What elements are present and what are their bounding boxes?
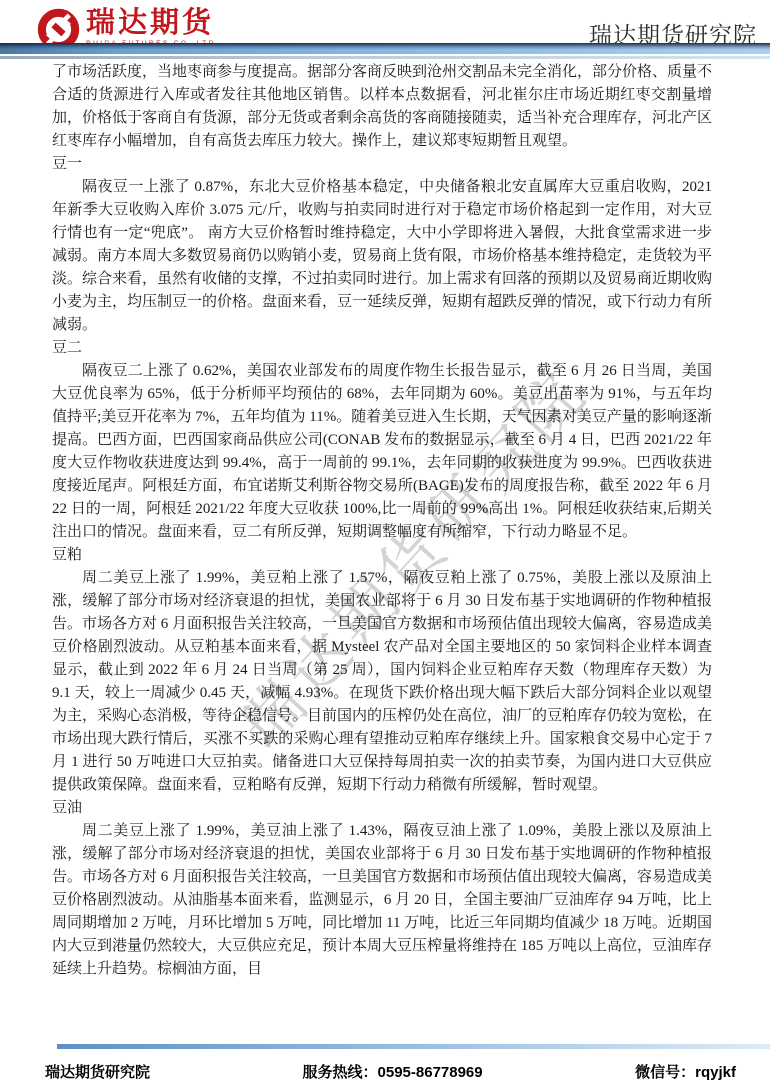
report-page: 瑞达期货 RUIDA FUTURES CO.,LTD. 瑞达期货研究院 瑞达期货… xyxy=(0,0,770,1089)
footer-divider-bar xyxy=(57,1044,770,1049)
footer-hotline-label: 服务热线： xyxy=(303,1064,378,1081)
section-paragraph-doupo: 周二美豆上涨了 1.99%，美豆粕上涨了 1.57%，隔夜豆粕上涨了 0.75%… xyxy=(52,567,712,797)
header-bar-sub-stripe xyxy=(0,56,770,59)
report-body: 了市场活跃度，当地枣商参与度提高。据部分客商反映到沧州交割品未完全消化，部分价格… xyxy=(52,61,712,981)
logo-text-block: 瑞达期货 RUIDA FUTURES CO.,LTD. xyxy=(86,7,220,47)
section-paragraph-douyou: 周二美豆上涨了 1.99%，美豆油上涨了 1.43%，隔夜豆油上涨了 1.09%… xyxy=(52,820,712,981)
section-title-doupo: 豆粕 xyxy=(52,544,712,567)
page-header: 瑞达期货 RUIDA FUTURES CO.,LTD. 瑞达期货研究院 xyxy=(0,0,770,60)
section-paragraph-dou1: 隔夜豆一上涨了 0.87%，东北大豆价格基本稳定，中央储备粮北安直属库大豆重启收… xyxy=(52,176,712,337)
header-bar-main-stripe xyxy=(0,43,770,54)
logo-cn-text: 瑞达期货 xyxy=(86,7,220,39)
footer-hotline-number: 0595-86778969 xyxy=(378,1064,483,1081)
header-divider-bar xyxy=(0,43,770,59)
footer-org: 瑞达期货研究院 xyxy=(45,1061,150,1082)
section-title-dou2: 豆二 xyxy=(52,337,712,360)
footer-hotline: 服务热线：0595-86778969 xyxy=(303,1061,483,1082)
footer-text-row: 瑞达期货研究院 服务热线：0595-86778969 微信号：rqyjkf xyxy=(45,1061,736,1082)
section-title-douyou: 豆油 xyxy=(52,797,712,820)
footer-wechat: 微信号：rqyjkf xyxy=(635,1061,736,1082)
footer-wechat-id: rqyjkf xyxy=(695,1064,736,1081)
footer-wechat-label: 微信号： xyxy=(635,1064,695,1081)
page-footer: 瑞达期货研究院 服务热线：0595-86778969 微信号：rqyjkf xyxy=(0,1042,770,1089)
section-title-dou1: 豆一 xyxy=(52,153,712,176)
section-paragraph-dou2: 隔夜豆二上涨了 0.62%，美国农业部发布的周度作物生长报告显示，截至 6 月 … xyxy=(52,360,712,544)
continuation-paragraph: 了市场活跃度，当地枣商参与度提高。据部分客商反映到沧州交割品未完全消化，部分价格… xyxy=(52,61,712,153)
